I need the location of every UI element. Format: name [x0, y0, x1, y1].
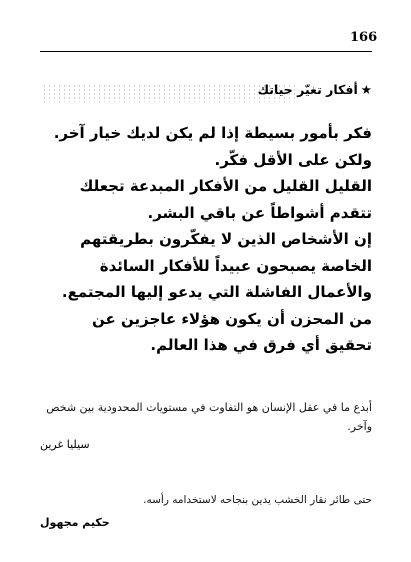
paragraph: إن الأشخاص الذين لا يفكّرون بطريقتهم الخ…: [40, 226, 372, 306]
quote-text: أبدع ما في عقل الإنسان هو التفاوت في مست…: [40, 398, 372, 436]
paragraph: القليل القليل من الأفكار المبدعة تجعلك ت…: [40, 173, 372, 226]
quote-author: سيليا غرين: [40, 438, 372, 451]
star-icon: ★: [361, 82, 372, 97]
quote-author: حكيم مجهول: [40, 516, 372, 529]
quote-text: حتى طائر نقار الخشب يدين بنجاحه لاستخدام…: [40, 494, 372, 506]
heading-title: أفكار تغيّر حياتك: [258, 82, 358, 97]
header-rule: [40, 51, 372, 52]
author-name: سيليا غرين: [40, 438, 90, 451]
section-heading: ★أفكار تغيّر حياتك: [42, 82, 372, 104]
paragraph: ولكن على الأقل فكّر.: [40, 147, 372, 174]
paragraph: فكر بأمور بسيطة إذا لم يكن لديك خيار آخر…: [40, 120, 372, 147]
page-number: 166: [350, 30, 376, 45]
paragraph: من المحزن أن يكون هؤلاء عاجزين عن تحقيق …: [40, 306, 372, 359]
body-text: فكر بأمور بسيطة إذا لم يكن لديك خيار آخر…: [40, 120, 372, 359]
